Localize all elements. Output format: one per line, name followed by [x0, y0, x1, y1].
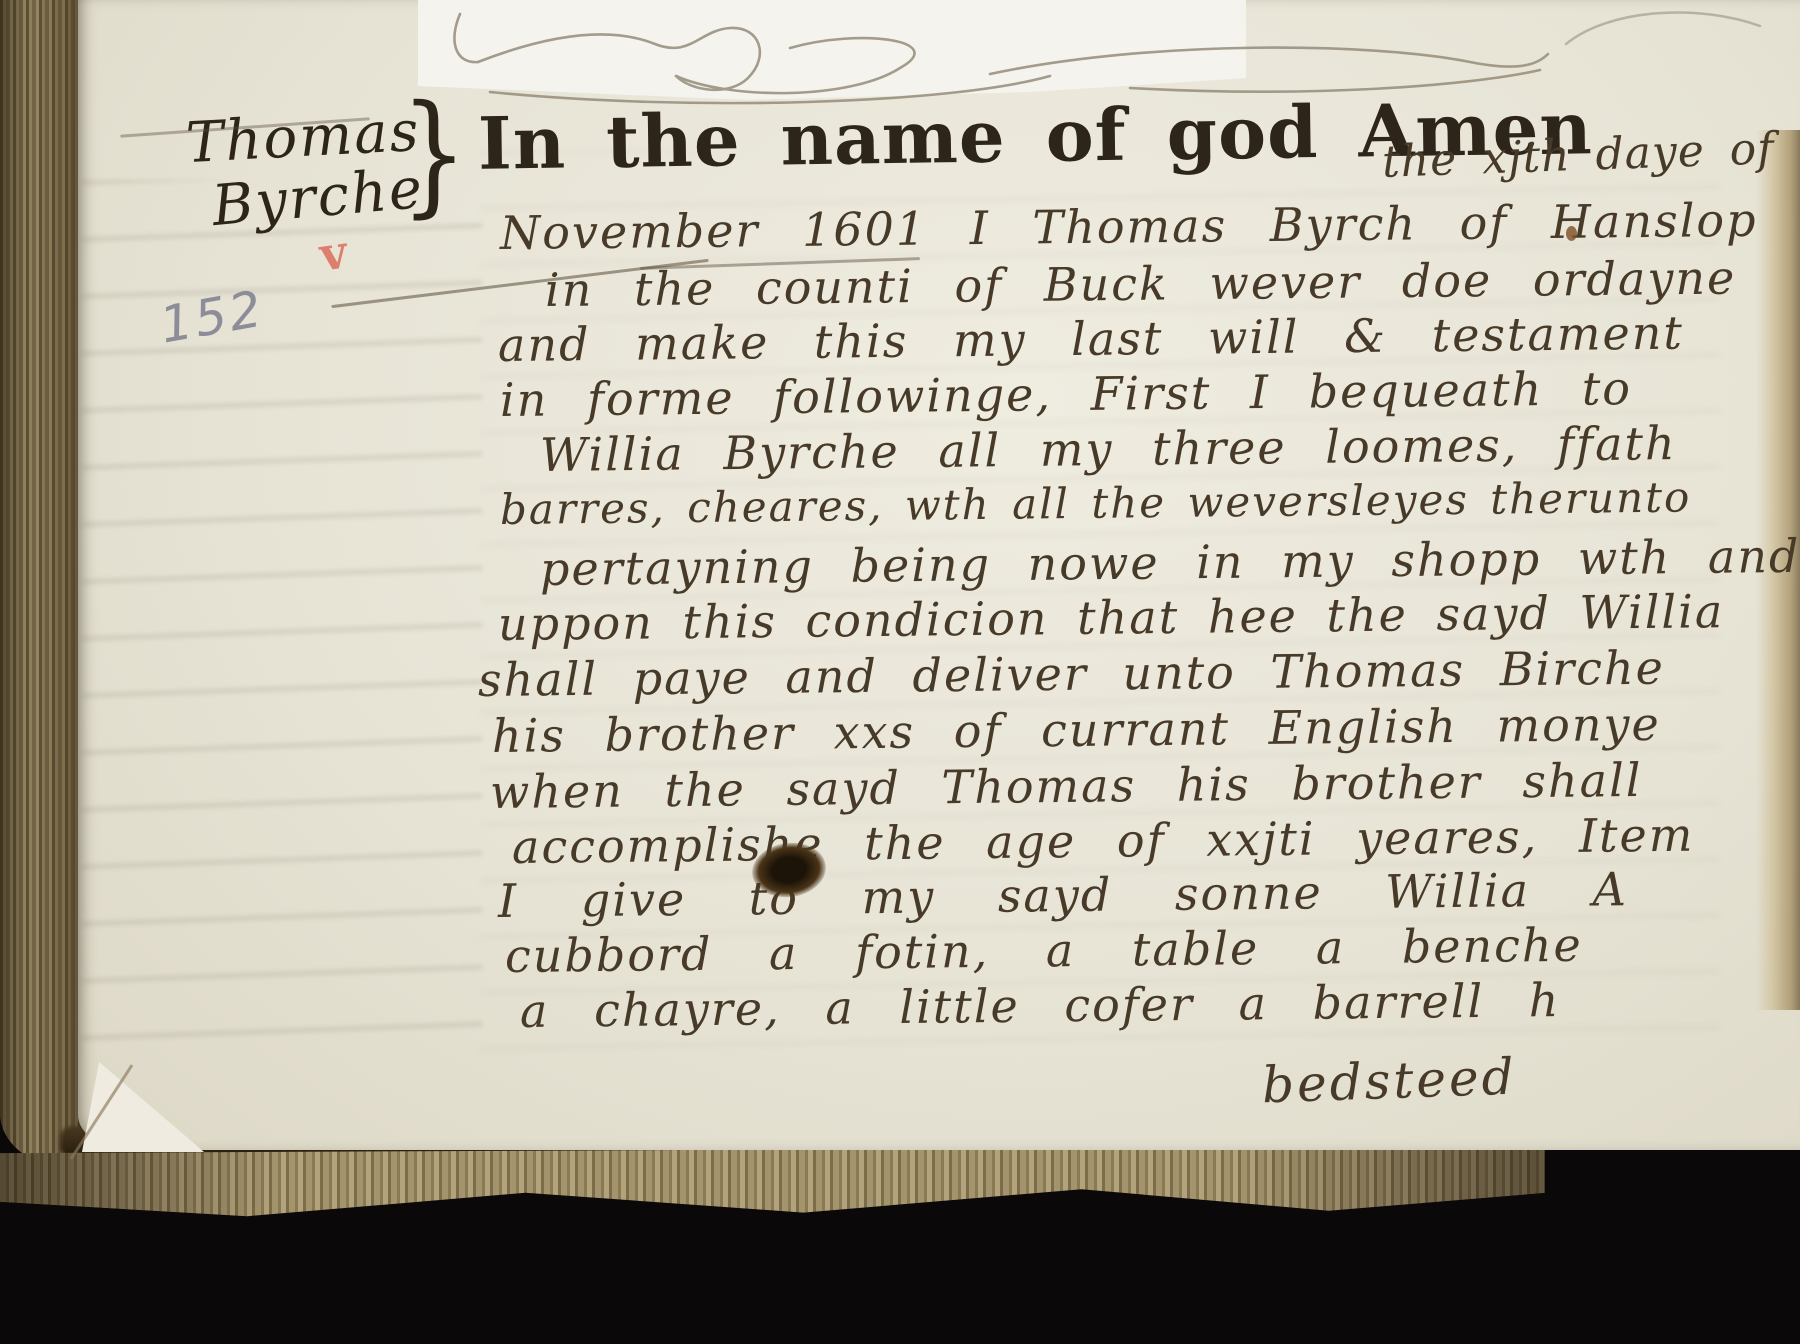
manuscript-line: Willia Byrche all my three loomes, ffath: [540, 420, 1677, 478]
manuscript-line: his brother xxs of currant English monye: [492, 701, 1661, 759]
closing-word: bedsteed: [1261, 1052, 1517, 1111]
manuscript-line: uppon this condicion that hee the sayd W…: [498, 588, 1725, 647]
manuscript-line: in forme followinge, First I bequeath to: [500, 365, 1632, 423]
manuscript-photo: Thomas Byrche } v 152 In the name of god…: [0, 0, 1800, 1344]
manuscript-line: shall paye and deliver unto Thomas Birch…: [478, 645, 1665, 703]
manuscript-line: accomplishe the age of xxjti yeares, Ite…: [512, 812, 1695, 870]
ink-bleedthrough-margin: [82, 180, 482, 1060]
manuscript-line: when the sayd Thomas his brother shall: [490, 757, 1643, 815]
manuscript-line: cubbord a fotin, a table a benche: [505, 922, 1583, 979]
manuscript-line: a chayre, a little cofer a barrell h: [520, 977, 1561, 1034]
margin-brace: }: [400, 88, 467, 220]
manuscript-line: and make this my last will & testament: [498, 310, 1684, 368]
opening-line-rest: the xjth daye of: [1381, 127, 1775, 185]
book-bottom-edge-shading: [0, 1146, 1545, 1236]
stain-speck: [1566, 226, 1577, 241]
manuscript-line: I give to my sayd sonne Willia A: [498, 866, 1628, 924]
manuscript-line: barres, cheares, wth all the weversleyes…: [500, 477, 1692, 531]
corner-flourish-icon: [1560, 0, 1770, 52]
manuscript-line: in the counti of Buck wever doe ordayne: [545, 255, 1737, 313]
page-edge-left-shading: [0, 0, 86, 1168]
manuscript-line: pertayning being nowe in my shopp wth an…: [540, 533, 1800, 592]
